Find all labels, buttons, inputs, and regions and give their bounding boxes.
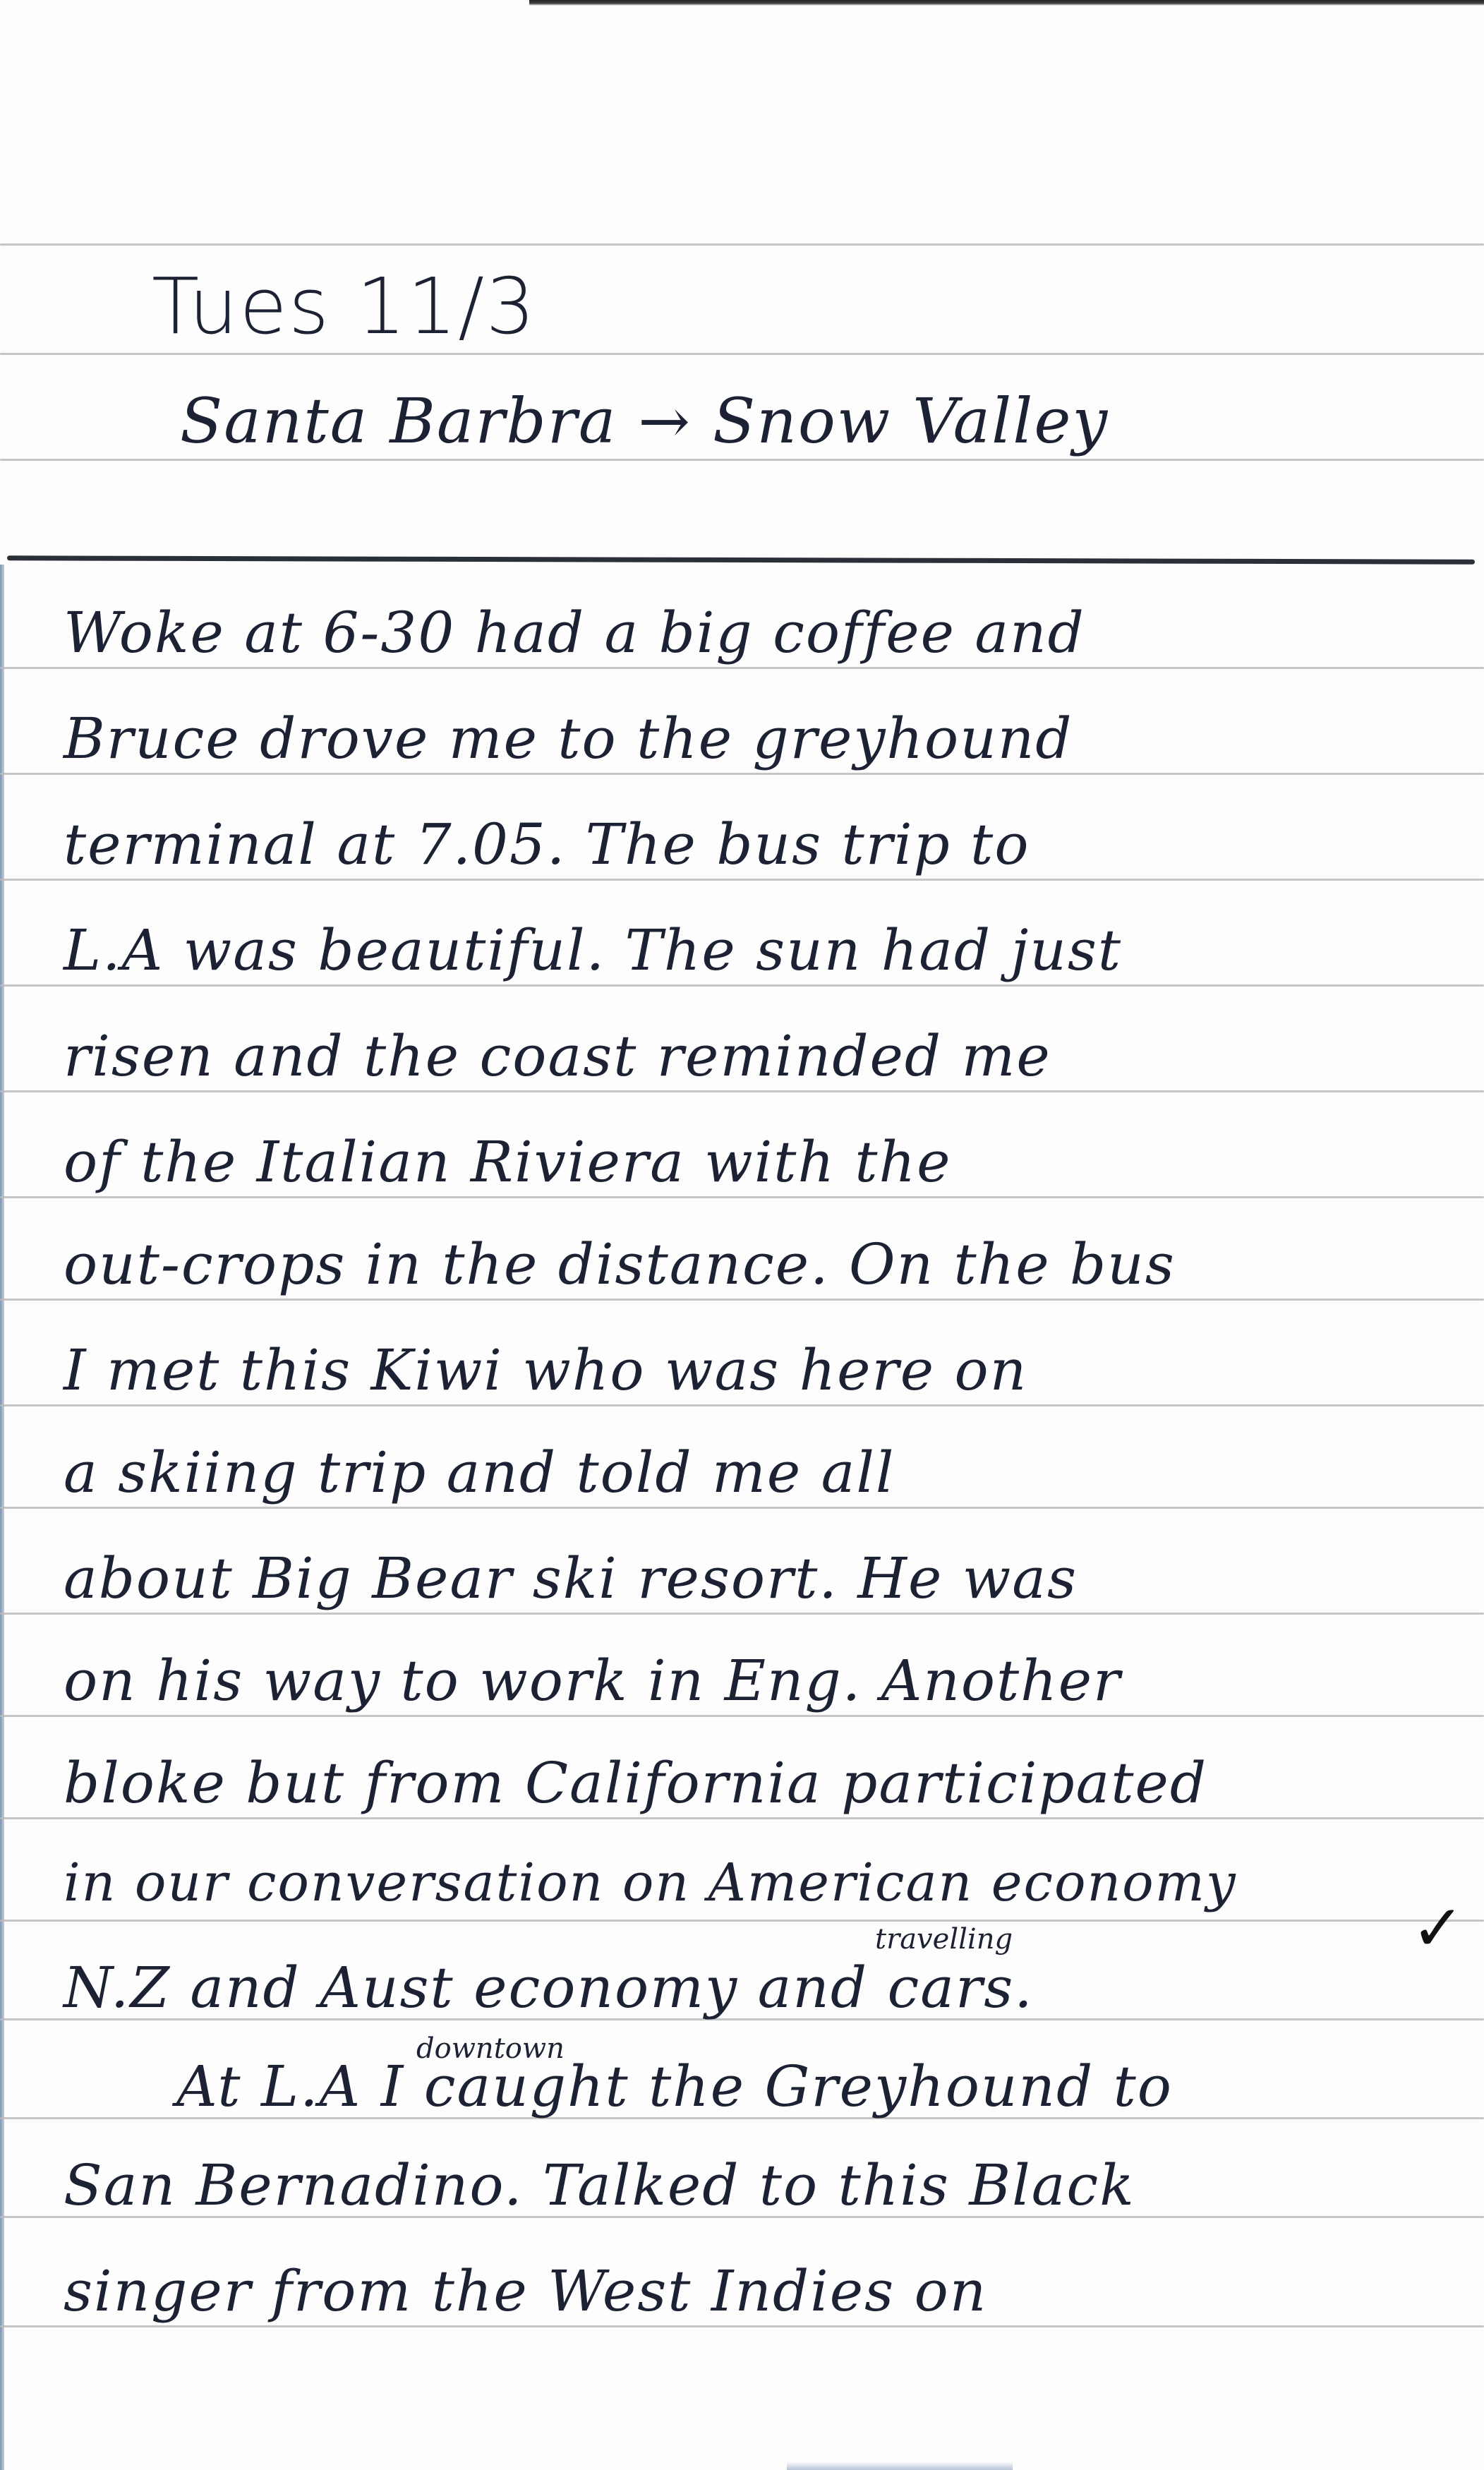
journal-line: risen and the coast reminded me bbox=[64, 1023, 1051, 1089]
ruled-line bbox=[0, 243, 1484, 246]
ruled-line bbox=[0, 1817, 1484, 1819]
entry-route: Santa Barbra → Snow Valley bbox=[180, 385, 1109, 457]
ruled-line bbox=[0, 1613, 1484, 1615]
ruled-line bbox=[0, 773, 1484, 775]
journal-line: I met this Kiwi who was here on bbox=[64, 1337, 1027, 1403]
journal-line: Bruce drove me to the greyhound bbox=[64, 706, 1073, 771]
journal-line: of the Italian Riviera with the bbox=[64, 1129, 951, 1195]
inserted-word-travelling: travelling bbox=[875, 1923, 1013, 1956]
ruled-line bbox=[0, 1196, 1484, 1198]
journal-line: terminal at 7.05. The bus trip to bbox=[64, 812, 1030, 877]
entry-date: Tues 11/3 bbox=[152, 261, 536, 351]
ruled-line bbox=[0, 667, 1484, 669]
journal-line: about Big Bear ski resort. He was bbox=[64, 1546, 1078, 1611]
journal-line: bloke but from California participated bbox=[64, 1750, 1207, 1816]
ruled-line bbox=[0, 1299, 1484, 1301]
page-top-edge bbox=[529, 0, 1484, 6]
ruled-line bbox=[0, 1920, 1484, 1922]
ruled-line bbox=[0, 2325, 1484, 2327]
journal-line: At L.A I caught the Greyhound to bbox=[176, 2054, 1173, 2119]
ruled-line bbox=[0, 1715, 1484, 1717]
page-bottom-edge bbox=[787, 2462, 1013, 2470]
journal-line: L.A was beautiful. The sun had just bbox=[64, 917, 1122, 983]
journal-line: in our conversation on American economy bbox=[64, 1852, 1237, 1913]
page-left-edge bbox=[0, 565, 4, 2470]
ruled-line bbox=[0, 984, 1484, 987]
ruled-line bbox=[0, 1090, 1484, 1092]
ruled-line bbox=[0, 353, 1484, 355]
journal-line: singer from the West Indies on bbox=[64, 2258, 987, 2324]
journal-line: out-crops in the distance. On the bus bbox=[64, 1231, 1176, 1297]
ruled-line bbox=[0, 459, 1484, 461]
ruled-line bbox=[0, 1404, 1484, 1406]
journal-line: a skiing trip and told me all bbox=[64, 1440, 895, 1505]
check-mark-icon: ✓ bbox=[1411, 1891, 1464, 1965]
journal-line: on his way to work in Eng. Another bbox=[64, 1648, 1121, 1713]
header-divider-line bbox=[7, 555, 1475, 564]
ruled-line bbox=[0, 879, 1484, 881]
ruled-line bbox=[0, 1507, 1484, 1509]
inserted-word-downtown: downtown bbox=[416, 2032, 565, 2065]
journal-line: San Bernadino. Talked to this Black bbox=[64, 2152, 1135, 2218]
journal-line: N.Z and Aust economy and cars. bbox=[64, 1955, 1034, 2020]
journal-line: Woke at 6-30 had a big coffee and bbox=[64, 600, 1085, 665]
